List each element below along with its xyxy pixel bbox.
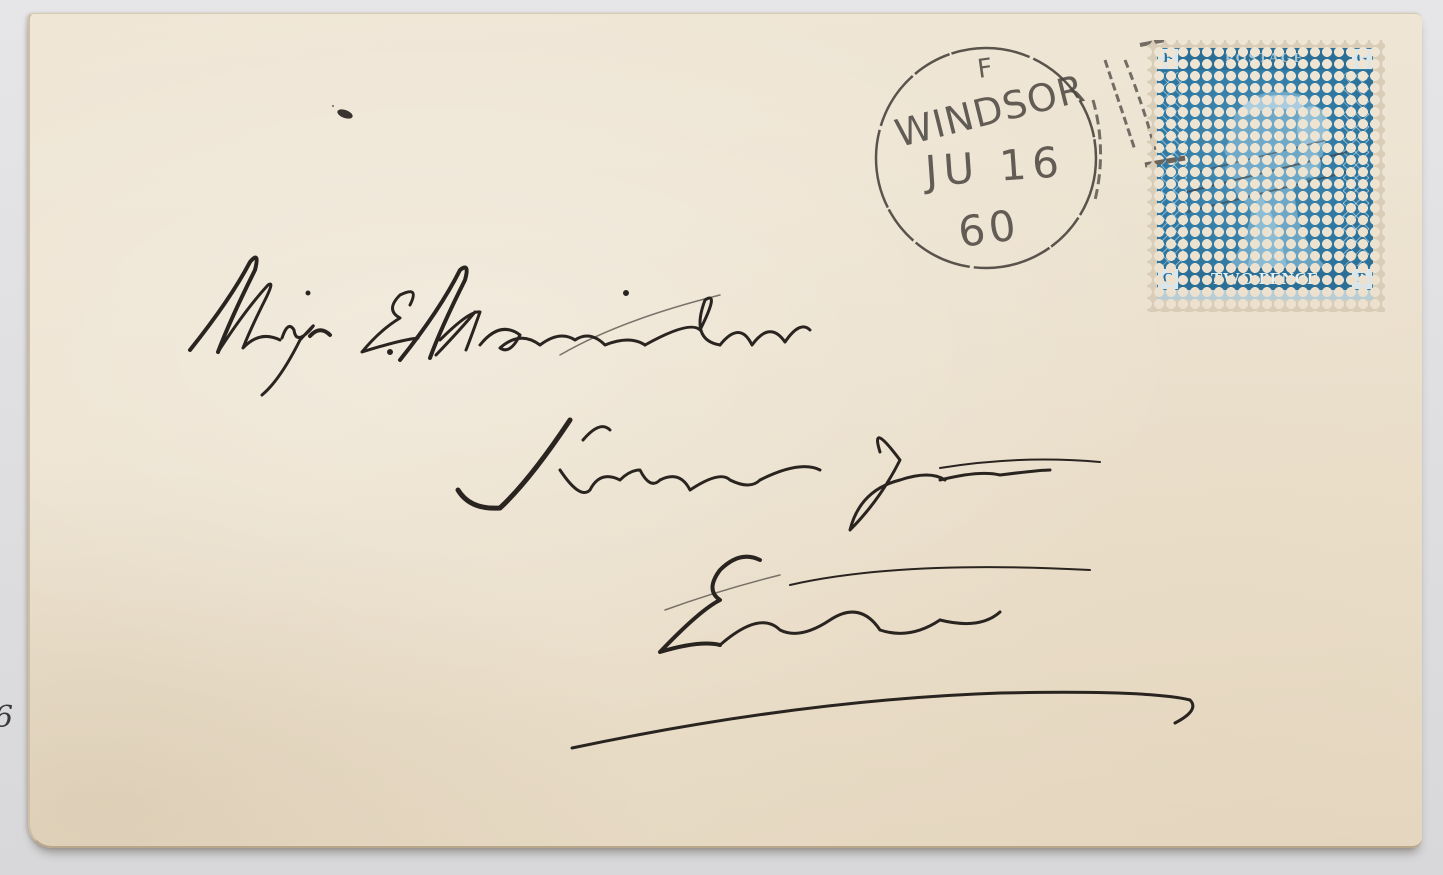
postmark-year: 60 — [951, 203, 1026, 254]
address-text-block: Miss E. Marriott Palace Gate Exeter — [0, 0, 1, 1]
corner-letter-top-right: G — [1351, 48, 1373, 70]
two-pence-blue-stamp: B POSTAGE G G — [1147, 40, 1385, 312]
postmark-date: JU 16 — [919, 141, 1072, 193]
stamp-top-bar: B POSTAGE G — [1157, 48, 1373, 70]
corner-letter-bottom-right: B — [1351, 268, 1373, 290]
background-edge-text: 6 — [0, 700, 12, 735]
corner-letter-bottom-left: G — [1157, 268, 1179, 290]
stamp-lattice-left — [1161, 72, 1187, 266]
stamp-design: B POSTAGE G G — [1157, 48, 1373, 300]
stamp-postage-label: POSTAGE — [1179, 51, 1351, 67]
scan-scene: 6 F WINDSOR JU 16 60 B POSTAGE G — [0, 0, 1443, 875]
postmark-code: F — [968, 54, 1001, 84]
queen-victoria-portrait-icon — [1187, 72, 1347, 268]
stamp-value-bar: G TWO PENCE B — [1157, 268, 1373, 290]
address-line-1: Miss E. Marriott — [0, 0, 1, 1]
windsor-postmark: F WINDSOR JU 16 60 — [870, 42, 1102, 274]
stamp-sheet-margin — [1157, 290, 1373, 300]
stamp-value-label: TWO PENCE — [1179, 269, 1351, 289]
corner-letter-top-left: B — [1157, 48, 1179, 70]
ink-speck-icon — [330, 104, 360, 124]
